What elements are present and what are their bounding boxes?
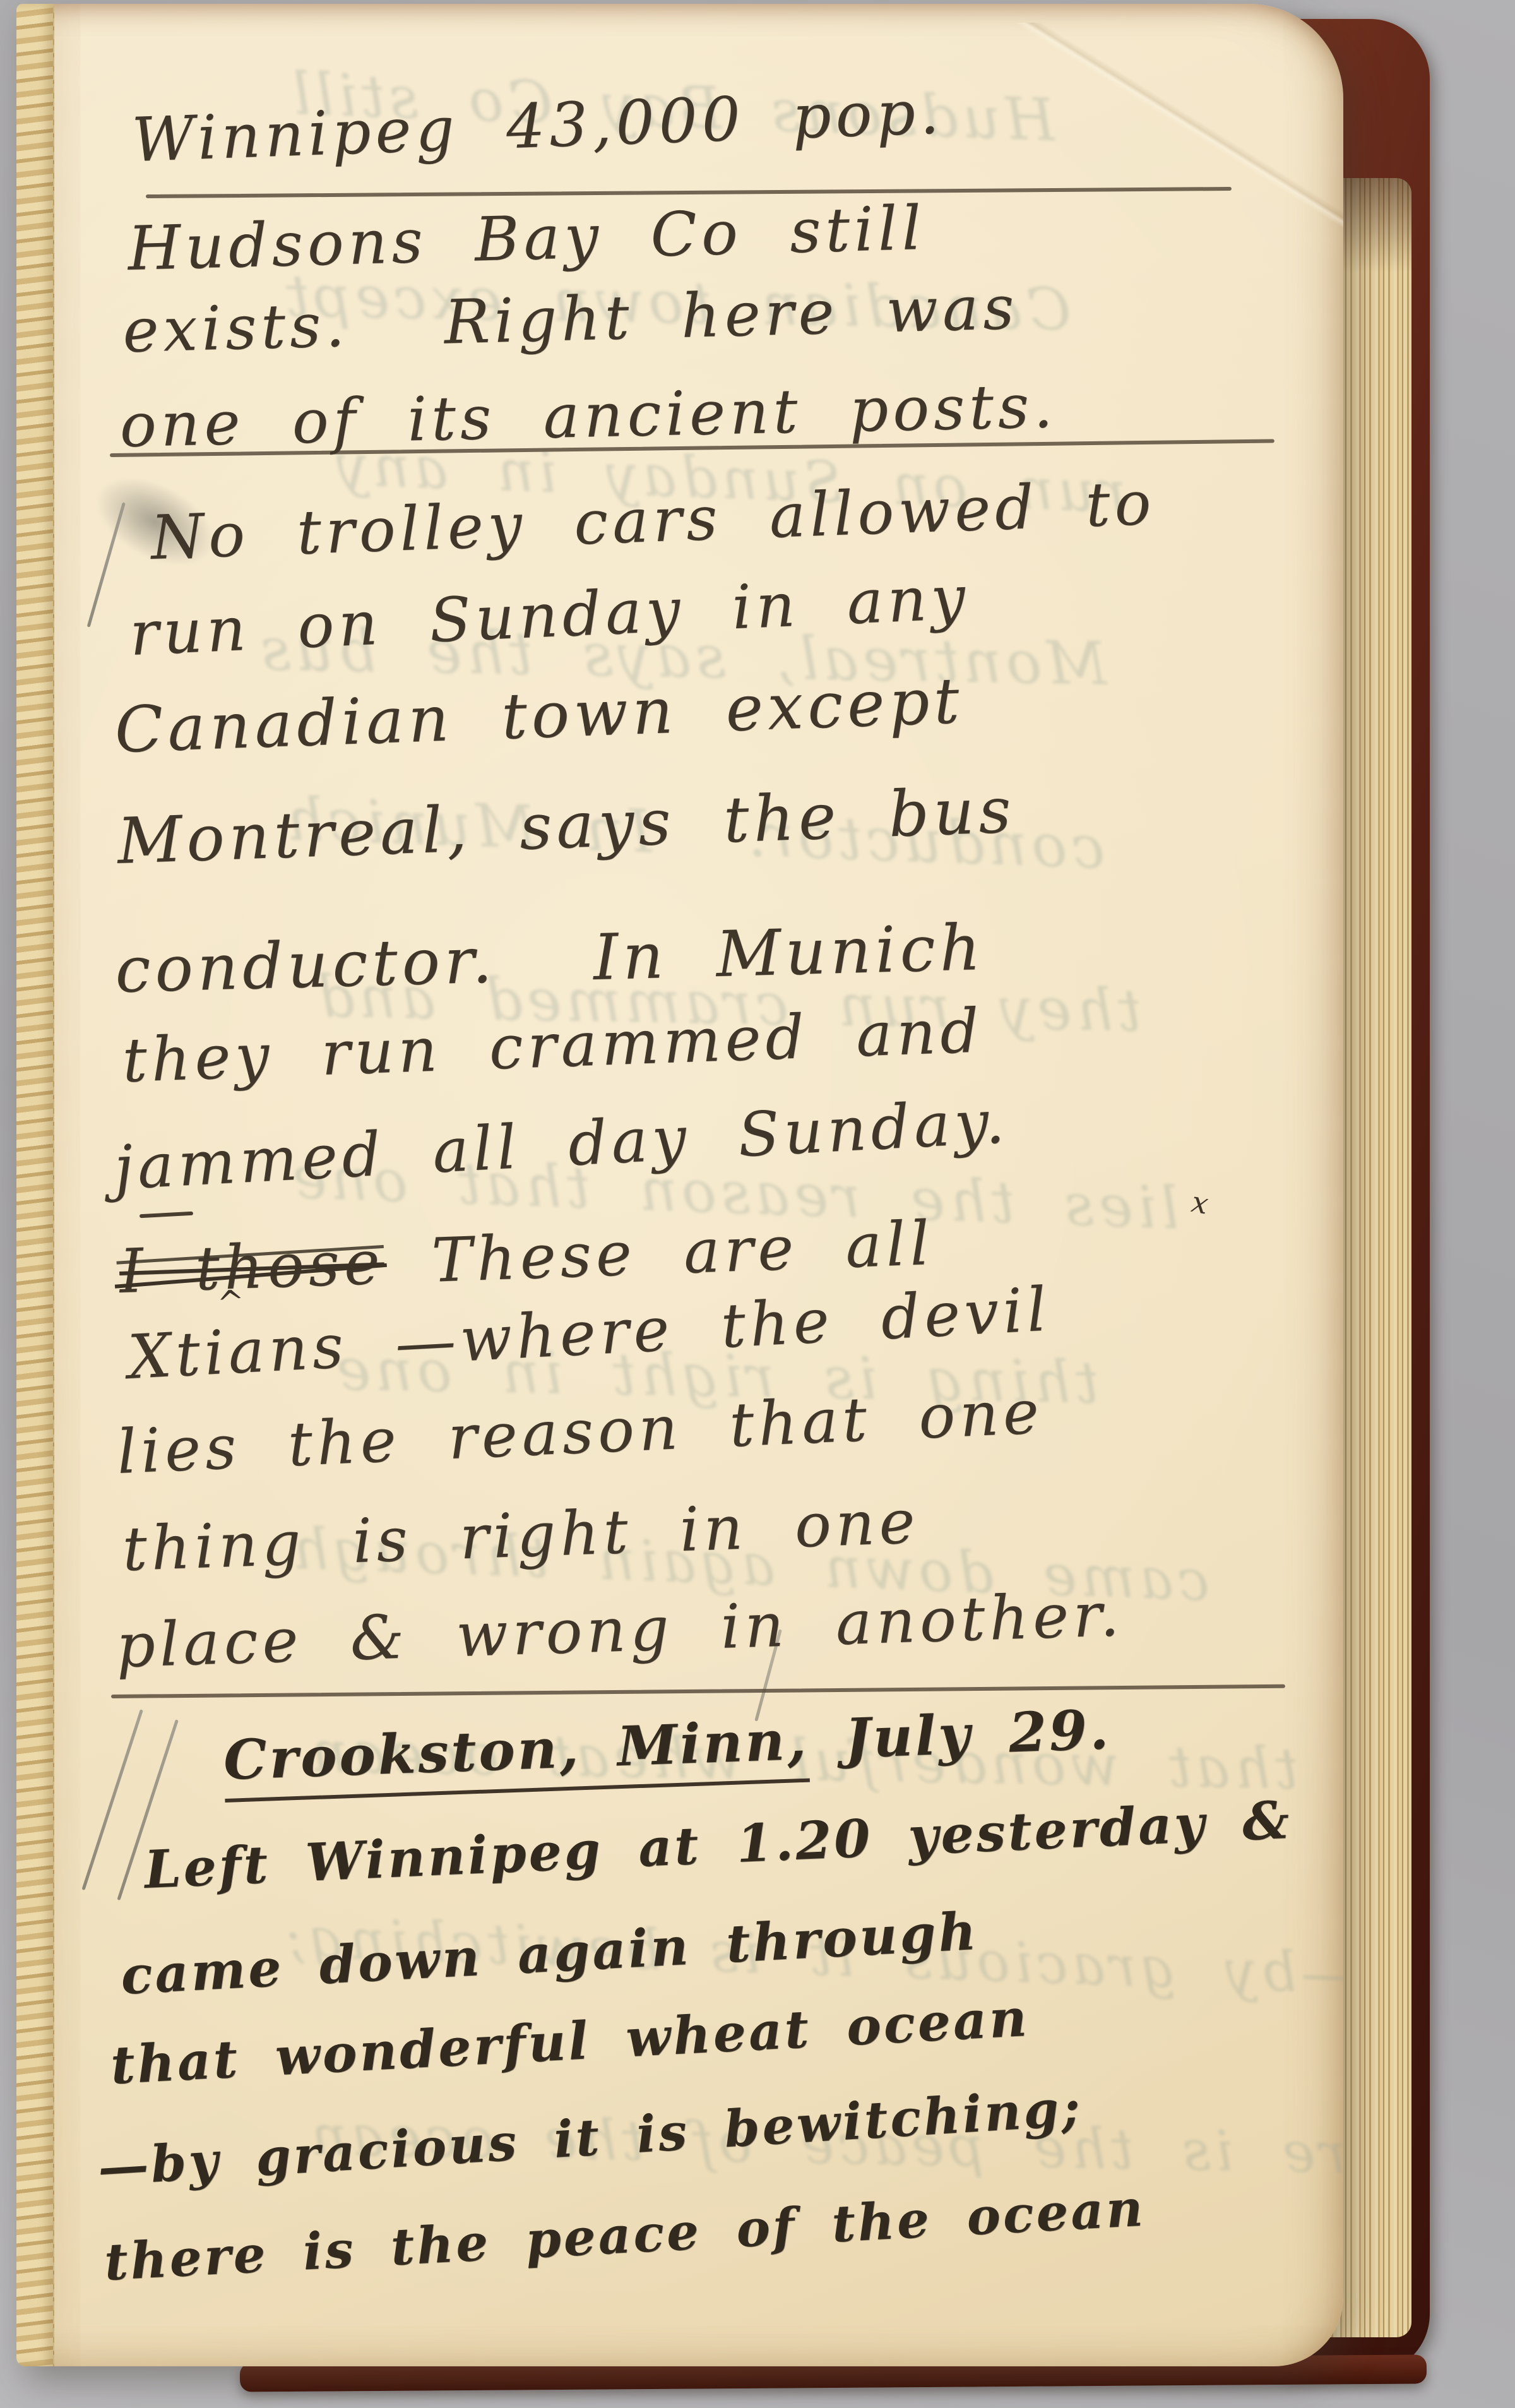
photo-backdrop: Hudsons Bay Co stillCanadian town except… [0, 0, 1515, 2408]
struck-text: I those [118, 1227, 385, 1307]
line-text: July 29. [807, 1698, 1112, 1772]
notebook-page: Hudsons Bay Co stillCanadian town except… [16, 4, 1343, 2366]
